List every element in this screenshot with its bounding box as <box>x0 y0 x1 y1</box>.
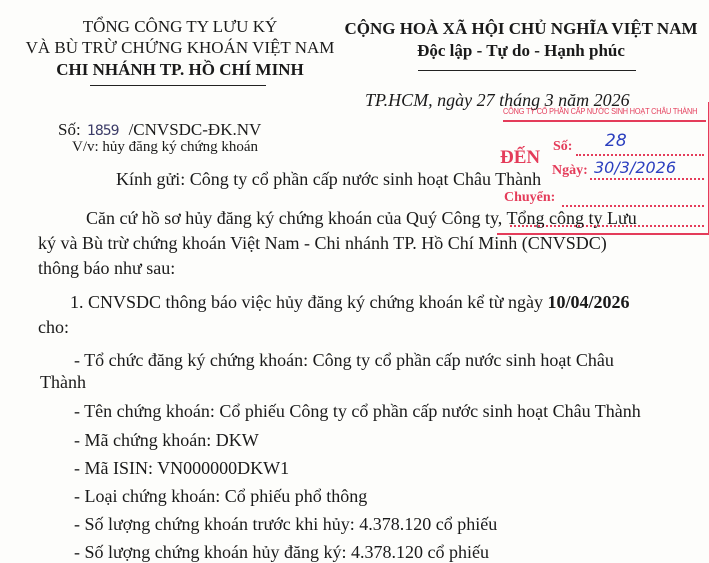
doc-number-label: Số: <box>58 120 81 139</box>
org-name-line1: TỔNG CÔNG TY LƯU KÝ <box>0 17 360 37</box>
org-branch: CHI NHÁNH TP. HỒ CHÍ MINH <box>0 60 360 80</box>
detail-ticker: - Mã chứng khoán: DKW <box>74 430 259 451</box>
paragraph-line: thông báo như sau: <box>38 258 175 279</box>
detail-issuer: - Tổ chức đăng ký chứng khoán: Công ty c… <box>74 350 614 371</box>
doc-number-handwritten: 1859 <box>87 123 119 139</box>
detail-isin: - Mã ISIN: VN000000DKW1 <box>74 458 289 479</box>
item-1-continued: cho: <box>38 317 69 338</box>
effective-date: 10/04/2026 <box>547 292 629 312</box>
paragraph-line: ký và Bù trừ chứng khoán Việt Nam - Chi … <box>38 233 607 254</box>
item-1: 1. CNVSDC thông báo việc hủy đăng ký chứ… <box>70 292 629 313</box>
document-number: Số: 1859/CNVSDC-ĐK.NV <box>58 120 261 140</box>
subject-line: V/v: hủy đăng ký chứng khoán <box>72 139 258 156</box>
detail-quantity-cancelled: - Số lượng chứng khoán hủy đăng ký: 4.37… <box>74 542 489 563</box>
motto-underline <box>418 70 636 71</box>
item-1-text: 1. CNVSDC thông báo việc hủy đăng ký chứ… <box>70 292 547 312</box>
detail-quantity-before: - Số lượng chứng khoán trước khi hủy: 4.… <box>74 514 497 535</box>
national-title: CỘNG HOÀ XÃ HỘI CHỦ NGHĨA VIỆT NAM <box>330 19 709 39</box>
stamp-ngay-dots <box>590 177 704 180</box>
stamp-so-dots <box>576 153 704 156</box>
stamp-company: CÔNG TY CỔ PHẦN CẤP NƯỚC SINH HOẠT CHÂU … <box>503 106 697 116</box>
org-underline <box>90 85 266 86</box>
stamp-divider <box>503 120 706 122</box>
paragraph-line: Căn cứ hồ sơ hủy đăng ký chứng khoán của… <box>86 208 637 229</box>
stamp-so-value: 28 <box>605 131 627 151</box>
detail-security-name: - Tên chứng khoán: Cổ phiếu Công ty cổ p… <box>74 401 641 422</box>
recipient: Kính gửi: Công ty cổ phần cấp nước sinh … <box>116 169 541 190</box>
stamp-so-label: Số: <box>553 139 572 155</box>
org-name-line2: VÀ BÙ TRỪ CHỨNG KHOÁN VIỆT NAM <box>0 38 360 58</box>
national-motto: Độc lập - Tự do - Hạnh phúc <box>330 41 709 61</box>
stamp-ngay-label: Ngày: <box>552 163 588 179</box>
stamp-ngay-value: 30/3/2026 <box>594 158 676 177</box>
doc-number-suffix: /CNVSDC-ĐK.NV <box>129 120 262 139</box>
detail-security-type: - Loại chứng khoán: Cổ phiếu phổ thông <box>74 486 367 507</box>
detail-issuer-continued: Thành <box>40 372 86 393</box>
stamp-den: ĐẾN <box>500 147 540 169</box>
stamp-chuyen-label: Chuyển: <box>504 190 555 206</box>
stamp-chuyen-dots <box>562 204 704 207</box>
